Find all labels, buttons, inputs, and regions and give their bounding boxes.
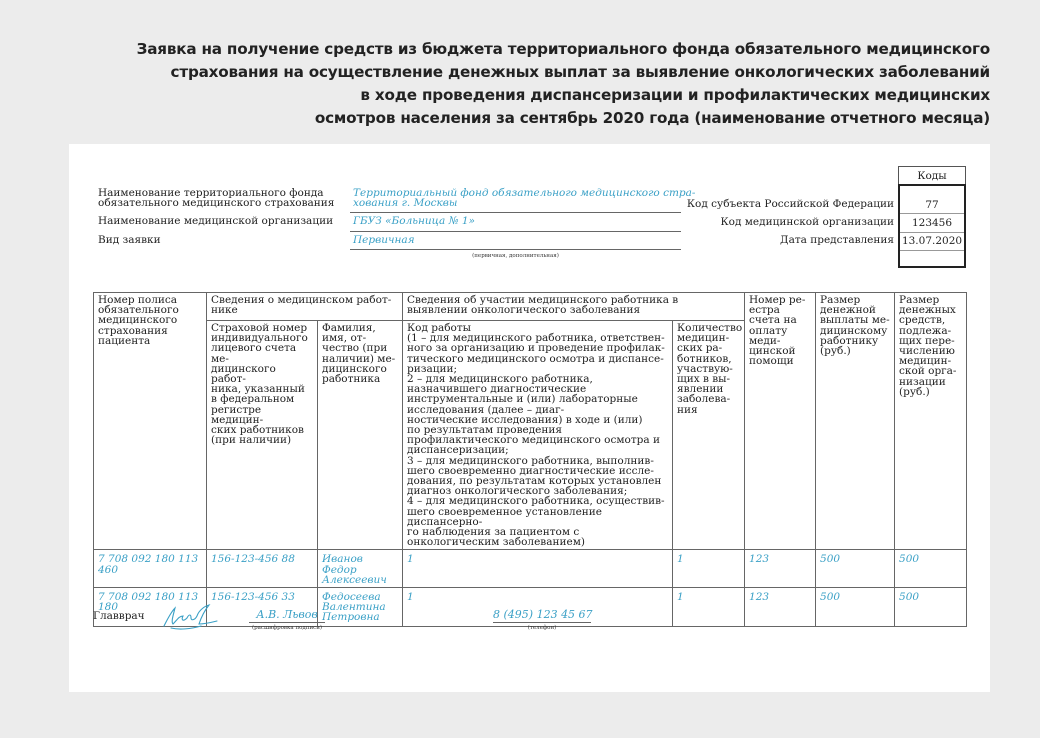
cell-policy[interactable]: 7 708 092 180 113 460	[94, 550, 207, 588]
phone-underline	[493, 622, 591, 623]
cell-worker-count[interactable]: 1	[673, 550, 745, 588]
fund-label-line2: обязательного медицинского страхования	[98, 198, 334, 208]
fund-value-line2[interactable]: хования г. Москвы	[353, 198, 457, 208]
cell-registry[interactable]: 123	[745, 588, 816, 627]
phone-hint: (телефон)	[493, 625, 591, 631]
request-type-value[interactable]: Первичная	[353, 235, 415, 245]
signature-hint: (расшифровка подписи)	[249, 625, 325, 631]
cell-worker-count[interactable]: 1	[673, 588, 745, 627]
document-title: Заявка на получение средств из бюджета т…	[90, 38, 990, 130]
codes-box: 77 123456 13.07.2020	[898, 184, 966, 268]
cell-transfer[interactable]: 500	[895, 550, 967, 588]
cell-payment[interactable]: 500	[816, 588, 895, 627]
request-type-label: Вид заявки	[98, 235, 161, 245]
cell-fio[interactable]: Иванов Федор Алексеевич	[318, 550, 403, 588]
cell-fio[interactable]: Федосеева Валентина Петровна	[318, 588, 403, 627]
payments-table: Номер полиса обязательного медицинского …	[93, 292, 967, 627]
header-registry: Номер ре- естра счета на оплату меди- ци…	[745, 293, 816, 550]
header-payment: Размер денежной выплаты ме- дицинскому р…	[816, 293, 895, 550]
signature-icon	[161, 602, 221, 632]
signature-underline	[249, 622, 325, 623]
fund-underline	[350, 212, 681, 213]
date-label: Дата представления	[780, 235, 894, 245]
cell-work-code[interactable]: 1	[403, 550, 673, 588]
codes-header: Коды	[898, 166, 966, 184]
header-transfer: Размер денежных средств, подлежа- щих пе…	[895, 293, 967, 550]
phone-value[interactable]: 8 (495) 123 45 67	[493, 610, 591, 620]
title-line: страхования на осуществление денежных вы…	[90, 61, 990, 84]
header-worker-group: Сведения о медицинском работ- нике	[207, 293, 403, 321]
title-line: Заявка на получение средств из бюджета т…	[90, 38, 990, 61]
cell-snils[interactable]: 156-123-456 88	[207, 550, 318, 588]
signature-name[interactable]: А.В. Львов	[249, 610, 325, 620]
org-code-value[interactable]: 123456	[900, 214, 964, 233]
header-worker-count: Количество медицин- ских ра- ботников, у…	[673, 321, 745, 550]
title-line: осмотров населения за сентябрь 2020 года…	[90, 107, 990, 130]
request-type-hint: (первичная, дополнительная)	[350, 253, 681, 259]
header-work-code: Код работы (1 – для медицинского работни…	[403, 321, 673, 550]
codes-empty-cell[interactable]	[900, 251, 964, 266]
form-sheet: Наименование территориального фонда обяз…	[69, 144, 990, 692]
cell-registry[interactable]: 123	[745, 550, 816, 588]
date-value[interactable]: 13.07.2020	[900, 233, 964, 251]
cell-transfer[interactable]: 500	[895, 588, 967, 627]
title-line: в ходе проведения диспансеризации и проф…	[90, 84, 990, 107]
header-participation-group: Сведения об участии медицинского работни…	[403, 293, 745, 321]
header-policy: Номер полиса обязательного медицинского …	[94, 293, 207, 550]
header-fio: Фамилия, имя, от- чество (при наличии) м…	[318, 321, 403, 550]
org-label: Наименование медицинской организации	[98, 216, 333, 226]
org-underline	[350, 231, 681, 232]
table-row: 7 708 092 180 113 460 156-123-456 88 Ива…	[94, 550, 967, 588]
header-snils: Страховой номер индивидуального лицевого…	[207, 321, 318, 550]
cell-payment[interactable]: 500	[816, 550, 895, 588]
request-type-underline	[350, 249, 681, 250]
subject-code-label: Код субъекта Российской Федерации	[687, 199, 894, 209]
org-code-label: Код медицинской организации	[721, 217, 894, 227]
org-value[interactable]: ГБУЗ «Больница № 1»	[353, 216, 475, 226]
subject-code-value[interactable]: 77	[900, 186, 964, 214]
position-label: Главврач	[93, 611, 145, 621]
